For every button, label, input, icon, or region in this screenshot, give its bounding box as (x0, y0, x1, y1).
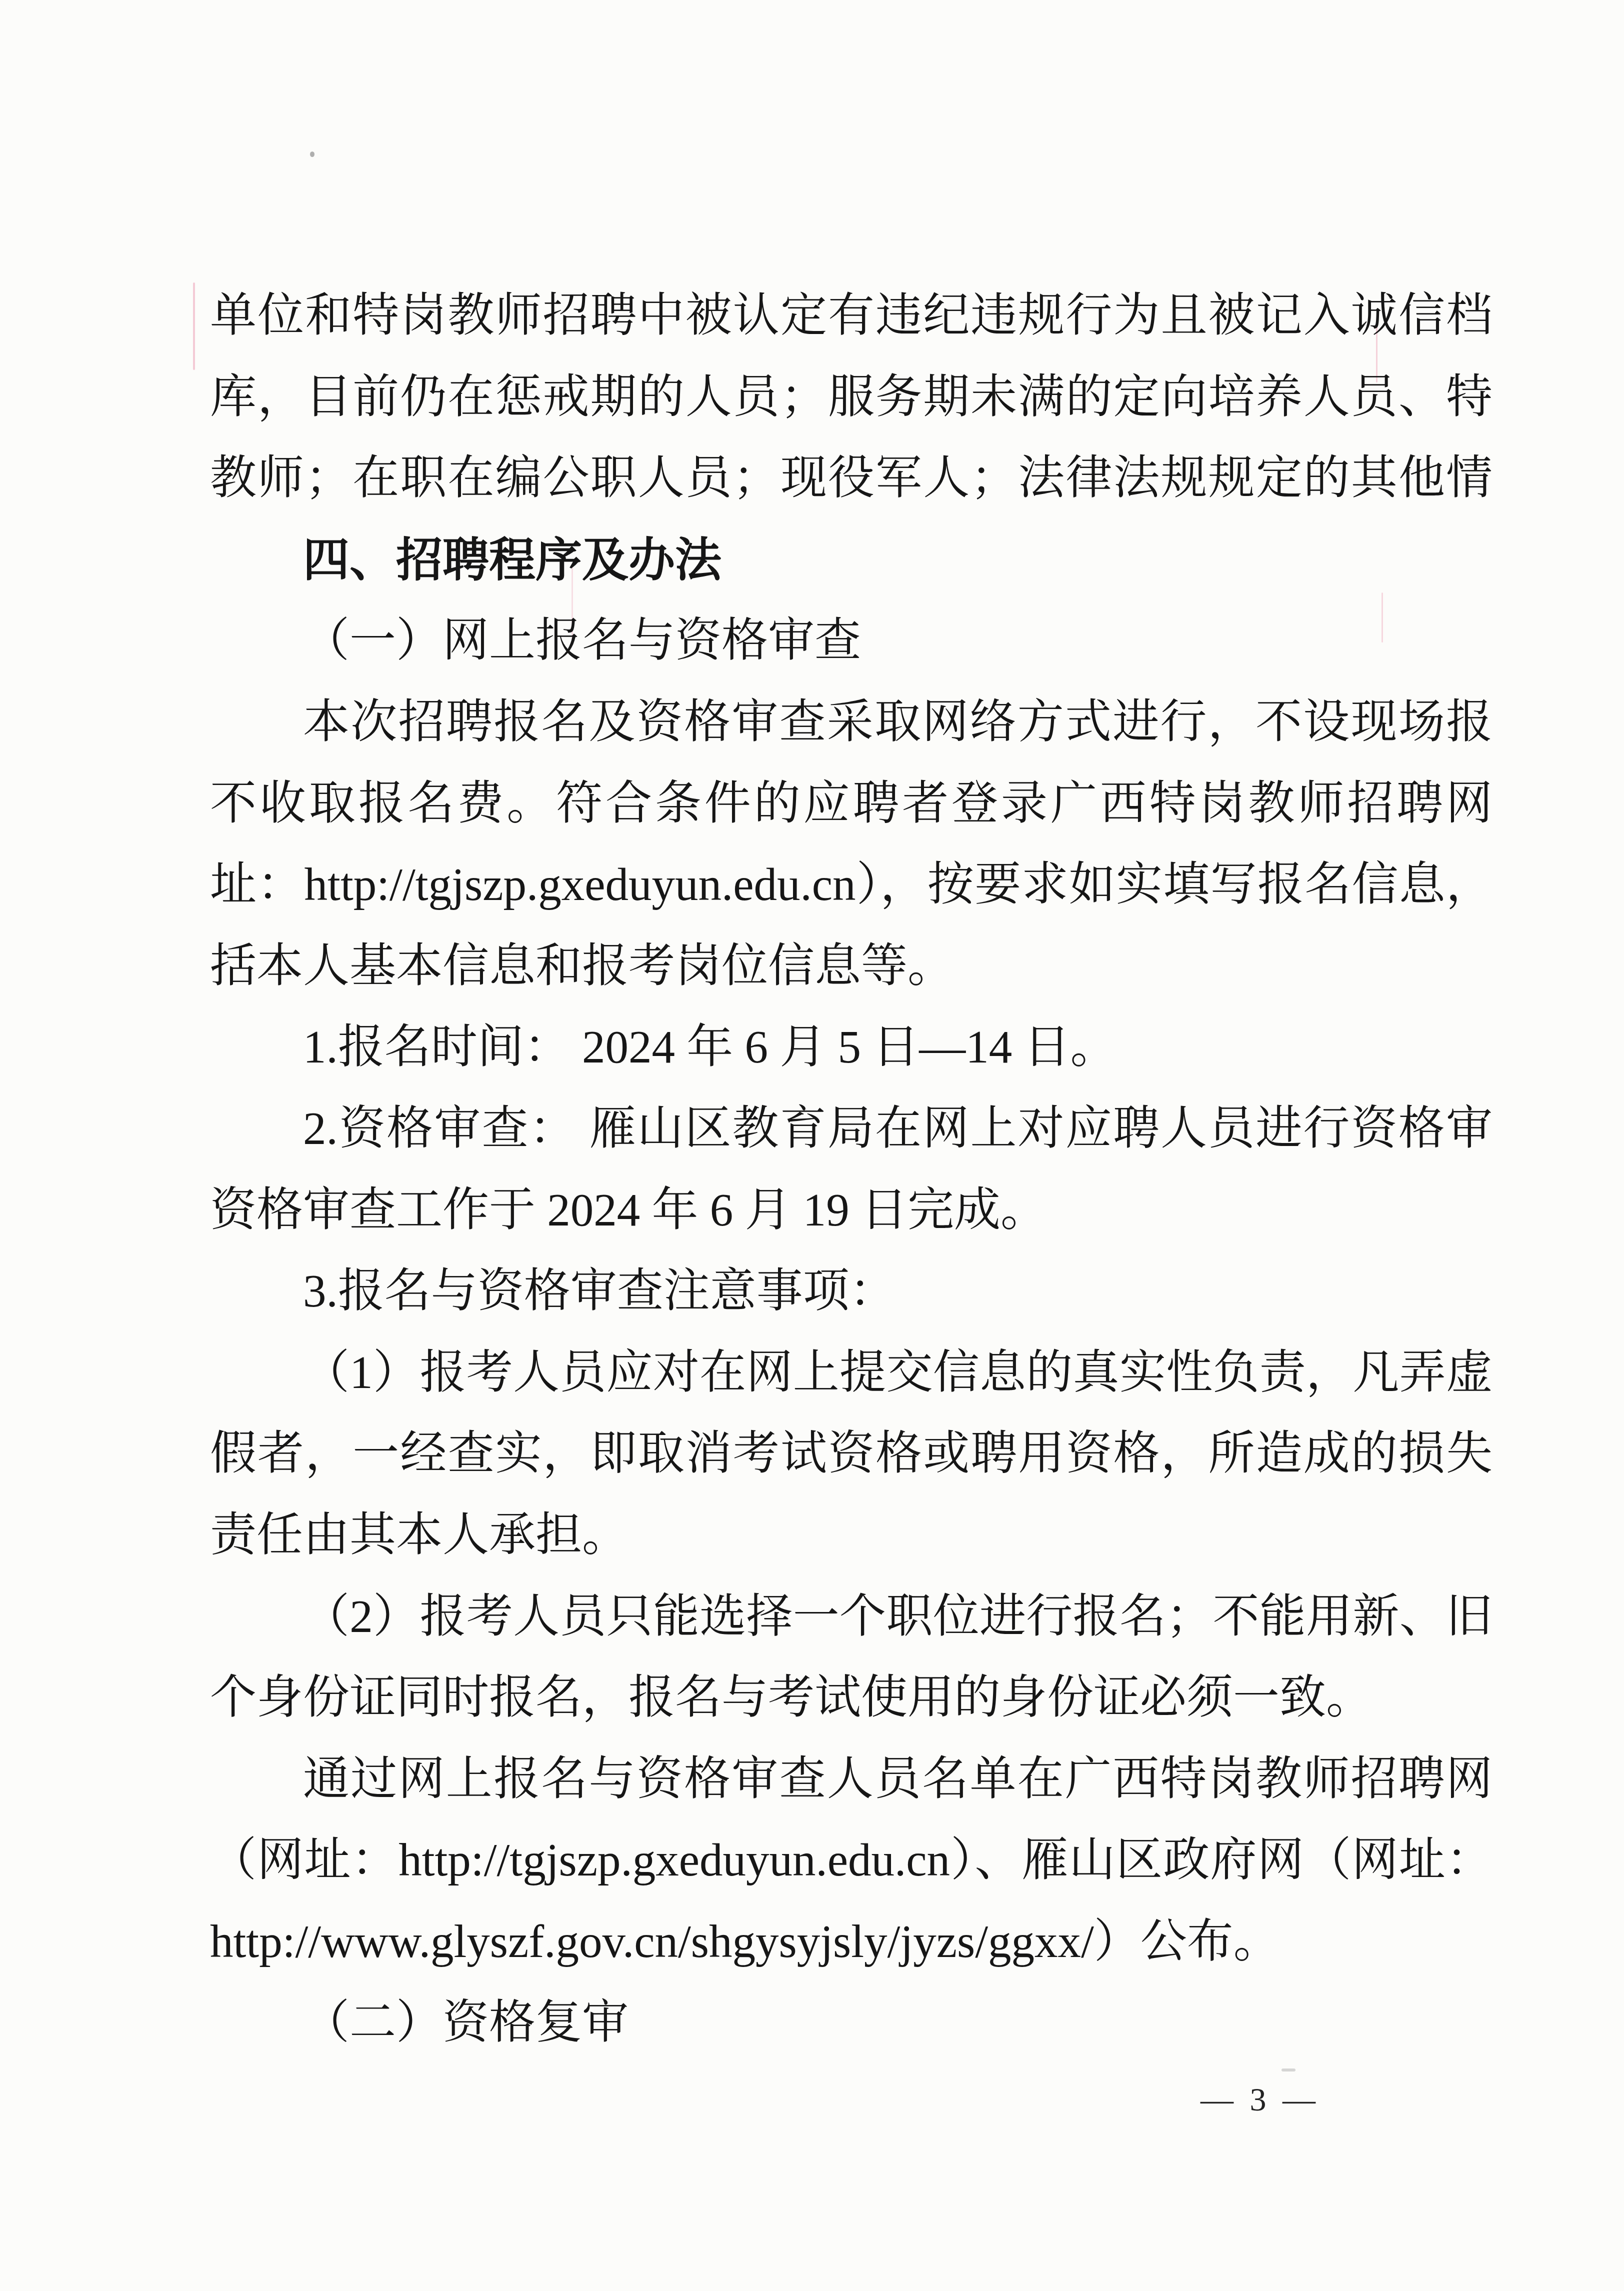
text-line: 假者，一经查实，即取消考试资格或聘用资格，所造成的损失和 (210, 1413, 1492, 1495)
text-line: http://www.glyszf.gov.cn/shgysyjsly/jyzs… (210, 1901, 1492, 1983)
text-line: 资格审查工作于 2024 年 6 月 19 日完成。 (210, 1170, 1492, 1251)
scan-streak (193, 282, 195, 370)
text-line: 库，目前仍在惩戒期的人员；服务期未满的定向培养人员、特岗 (210, 357, 1492, 438)
text-line: 括本人基本信息和报考岗位信息等。 (210, 926, 1492, 1007)
document-body: 单位和特岗教师招聘中被认定有违纪违规行为且被记入诚信档案库，目前仍在惩戒期的人员… (210, 275, 1492, 2064)
text-line: 1.报名时间： 2024 年 6 月 5 日—14 日。 (210, 1007, 1492, 1088)
scan-mark (1281, 2068, 1295, 2071)
text-line: 2.资格审查： 雁山区教育局在网上对应聘人员进行资格审查。 (210, 1088, 1492, 1170)
page-number: — 3 — (1200, 2077, 1320, 2122)
text-line: 个身份证同时报名，报名与考试使用的身份证必须一致。 (210, 1657, 1492, 1739)
text-line: （二）资格复审 (210, 1982, 1492, 2064)
text-line: 不收取报名费。符合条件的应聘者登录广西特岗教师招聘网（网 (210, 763, 1492, 845)
text-line: （一）网上报名与资格审查 (210, 600, 1492, 682)
scan-speck (310, 151, 314, 157)
text-line: 单位和特岗教师招聘中被认定有违纪违规行为且被记入诚信档案 (210, 275, 1492, 357)
text-line: （网址：http://tgjszp.gxeduyun.edu.cn）、雁山区政府… (210, 1820, 1492, 1901)
text-line: 址：http://tgjszp.gxeduyun.edu.cn），按要求如实填写… (210, 844, 1492, 926)
text-line: 3.报名与资格审查注意事项： (210, 1251, 1492, 1332)
document-page: 单位和特岗教师招聘中被认定有违纪违规行为且被记入诚信档案库，目前仍在惩戒期的人员… (0, 0, 1624, 2291)
text-line: 责任由其本人承担。 (210, 1495, 1492, 1576)
text-line: （2）报考人员只能选择一个职位进行报名；不能用新、旧两 (210, 1576, 1492, 1658)
text-line: （1）报考人员应对在网上提交信息的真实性负责，凡弄虚作 (210, 1332, 1492, 1414)
text-line: 教师；在职在编公职人员；现役军人；法律法规规定的其他情形。 (210, 438, 1492, 519)
text-line: 本次招聘报名及资格审查采取网络方式进行，不设现场报名， (210, 682, 1492, 763)
text-line: 通过网上报名与资格审查人员名单在广西特岗教师招聘网 (210, 1739, 1492, 1820)
text-line: 四、招聘程序及办法 (210, 519, 1492, 601)
